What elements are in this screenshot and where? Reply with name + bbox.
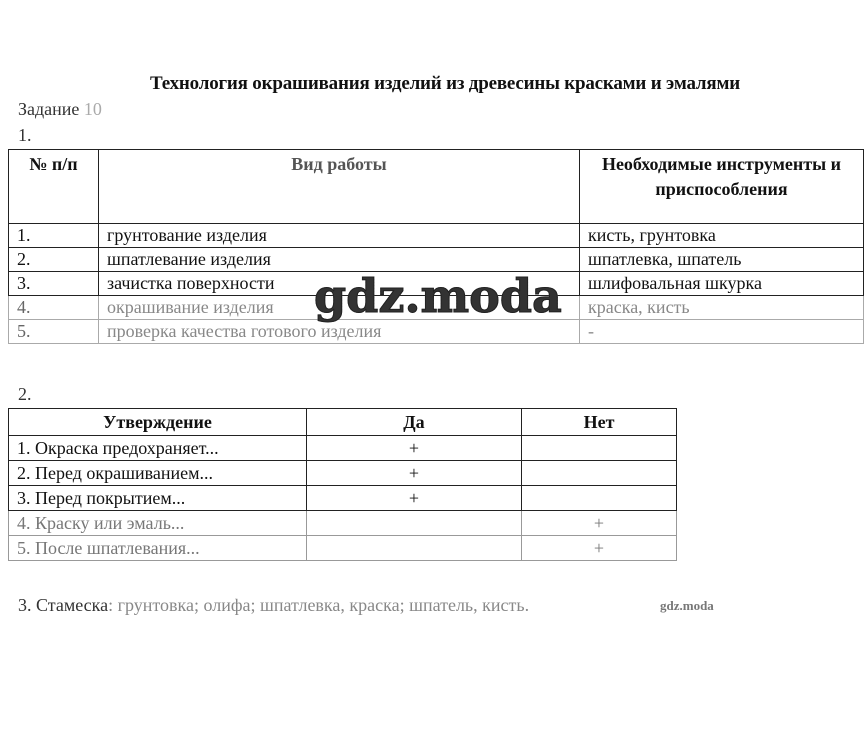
table-row: 5. проверка качества готового изделия - — [9, 320, 864, 344]
row-yes-mark: + — [307, 436, 522, 461]
section-1-label: 1. — [18, 125, 32, 146]
row-work: грунтование изделия — [99, 224, 580, 248]
section-2-label: 2. — [18, 384, 32, 405]
row-statement: 5. После шпатлевания... — [9, 536, 307, 561]
row-tools: - — [580, 320, 864, 344]
header-no: Нет — [522, 409, 677, 436]
header-tools: Необходимые инструменты и приспособления — [580, 150, 864, 224]
section-3-answer: 3. Стамеска: грунтовка; олифа; шпатлевка… — [18, 595, 529, 616]
row-statement: 3. Перед покрытием... — [9, 486, 307, 511]
table-row: 2. шпатлевание изделия шпатлевка, шпател… — [9, 248, 864, 272]
row-number: 4. — [9, 296, 99, 320]
row-number: 3. — [9, 272, 99, 296]
table-row: 2. Перед окрашиванием... + — [9, 461, 677, 486]
header-statement: Утверждение — [9, 409, 307, 436]
row-yes-mark — [307, 511, 522, 536]
table-header-row: Утверждение Да Нет — [9, 409, 677, 436]
row-tools: кисть, грунтовка — [580, 224, 864, 248]
row-number: 1. — [9, 224, 99, 248]
row-number: 5. — [9, 320, 99, 344]
row-no-mark: + — [522, 536, 677, 561]
task-number: 10 — [84, 99, 102, 119]
row-yes-mark: + — [307, 486, 522, 511]
row-work: шпатлевание изделия — [99, 248, 580, 272]
row-no-mark — [522, 461, 677, 486]
table-header-row: № п/п Вид работы Необходимые инструменты… — [9, 150, 864, 224]
row-statement: 2. Перед окрашиванием... — [9, 461, 307, 486]
row-number: 2. — [9, 248, 99, 272]
statements-table: Утверждение Да Нет 1. Окраска предохраня… — [8, 408, 677, 561]
table-row: 3. Перед покрытием... + — [9, 486, 677, 511]
watermark-logo: gdz.moda — [314, 270, 562, 322]
row-statement: 1. Окраска предохраняет... — [9, 436, 307, 461]
header-number: № п/п — [9, 150, 99, 224]
row-yes-mark — [307, 536, 522, 561]
row-no-mark: + — [522, 511, 677, 536]
page-title: Технология окрашивания изделий из древес… — [0, 73, 867, 95]
watermark-small: gdz.moda — [660, 598, 714, 614]
task-label: Задание 10 — [18, 99, 102, 120]
row-statement: 4. Краску или эмаль... — [9, 511, 307, 536]
row-tools: шпатлевка, шпатель — [580, 248, 864, 272]
row-no-mark — [522, 436, 677, 461]
table-row: 1. грунтование изделия кисть, грунтовка — [9, 224, 864, 248]
task-label-text: Задание — [18, 99, 79, 119]
row-work: проверка качества готового изделия — [99, 320, 580, 344]
row-no-mark — [522, 486, 677, 511]
table-row: 1. Окраска предохраняет... + — [9, 436, 677, 461]
header-work: Вид работы — [99, 150, 580, 224]
header-yes: Да — [307, 409, 522, 436]
table-row: 5. После шпатлевания... + — [9, 536, 677, 561]
row-tools: шлифовальная шкурка — [580, 272, 864, 296]
answer-rest: : грунтовка; олифа; шпатлевка, краска; ш… — [108, 595, 529, 615]
row-tools: краска, кисть — [580, 296, 864, 320]
table-row: 4. Краску или эмаль... + — [9, 511, 677, 536]
answer-prefix: 3. Стамеска — [18, 595, 108, 615]
row-yes-mark: + — [307, 461, 522, 486]
